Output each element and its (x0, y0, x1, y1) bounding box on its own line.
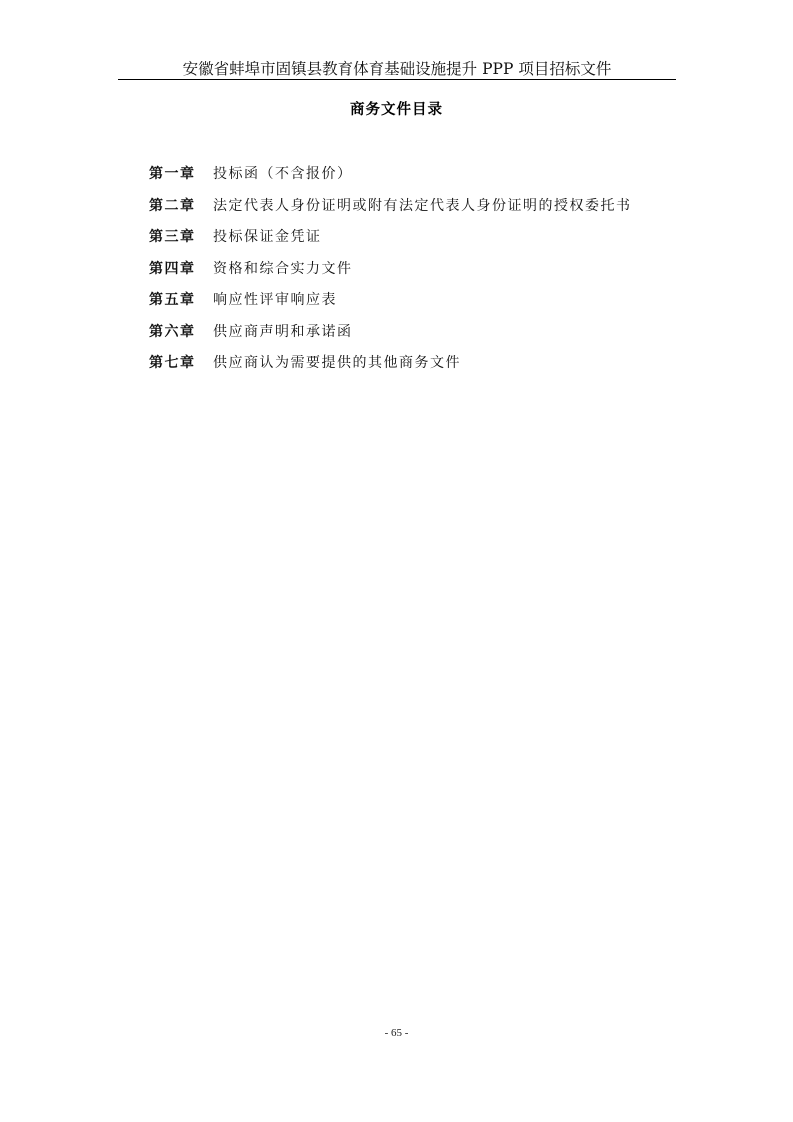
toc-chapter-label: 第五章 (149, 289, 213, 309)
header-rule-divider (118, 79, 676, 80)
toc-item-chapter-6: 第六章 供应商声明和承诺函 (149, 321, 632, 353)
toc-item-chapter-7: 第七章 供应商认为需要提供的其他商务文件 (149, 352, 632, 384)
toc-chapter-title: 供应商认为需要提供的其他商务文件 (213, 352, 461, 372)
toc-chapter-title: 响应性评审响应表 (213, 289, 337, 309)
table-of-contents: 第一章 投标函（不含报价） 第二章 法定代表人身份证明或附有法定代表人身份证明的… (149, 163, 632, 384)
toc-chapter-label: 第六章 (149, 321, 213, 341)
toc-chapter-label: 第七章 (149, 352, 213, 372)
toc-chapter-label: 第二章 (149, 195, 213, 215)
toc-chapter-label: 第一章 (149, 163, 213, 183)
toc-item-chapter-5: 第五章 响应性评审响应表 (149, 289, 632, 321)
toc-chapter-title: 供应商声明和承诺函 (213, 321, 353, 341)
toc-item-chapter-3: 第三章 投标保证金凭证 (149, 226, 632, 258)
toc-chapter-title: 法定代表人身份证明或附有法定代表人身份证明的授权委托书 (213, 195, 632, 215)
running-header-title: 安徽省蚌埠市固镇县教育体育基础设施提升 PPP 项目招标文件 (118, 57, 676, 79)
toc-chapter-title: 资格和综合实力文件 (213, 258, 353, 278)
page-number: - 65 - (0, 1027, 793, 1039)
toc-item-chapter-4: 第四章 资格和综合实力文件 (149, 258, 632, 290)
toc-item-chapter-1: 第一章 投标函（不含报价） (149, 163, 632, 195)
toc-chapter-title: 投标保证金凭证 (213, 226, 322, 246)
page-title: 商务文件目录 (0, 98, 793, 119)
toc-chapter-label: 第四章 (149, 258, 213, 278)
toc-item-chapter-2: 第二章 法定代表人身份证明或附有法定代表人身份证明的授权委托书 (149, 195, 632, 227)
toc-chapter-title: 投标函（不含报价） (213, 163, 353, 183)
toc-chapter-label: 第三章 (149, 226, 213, 246)
